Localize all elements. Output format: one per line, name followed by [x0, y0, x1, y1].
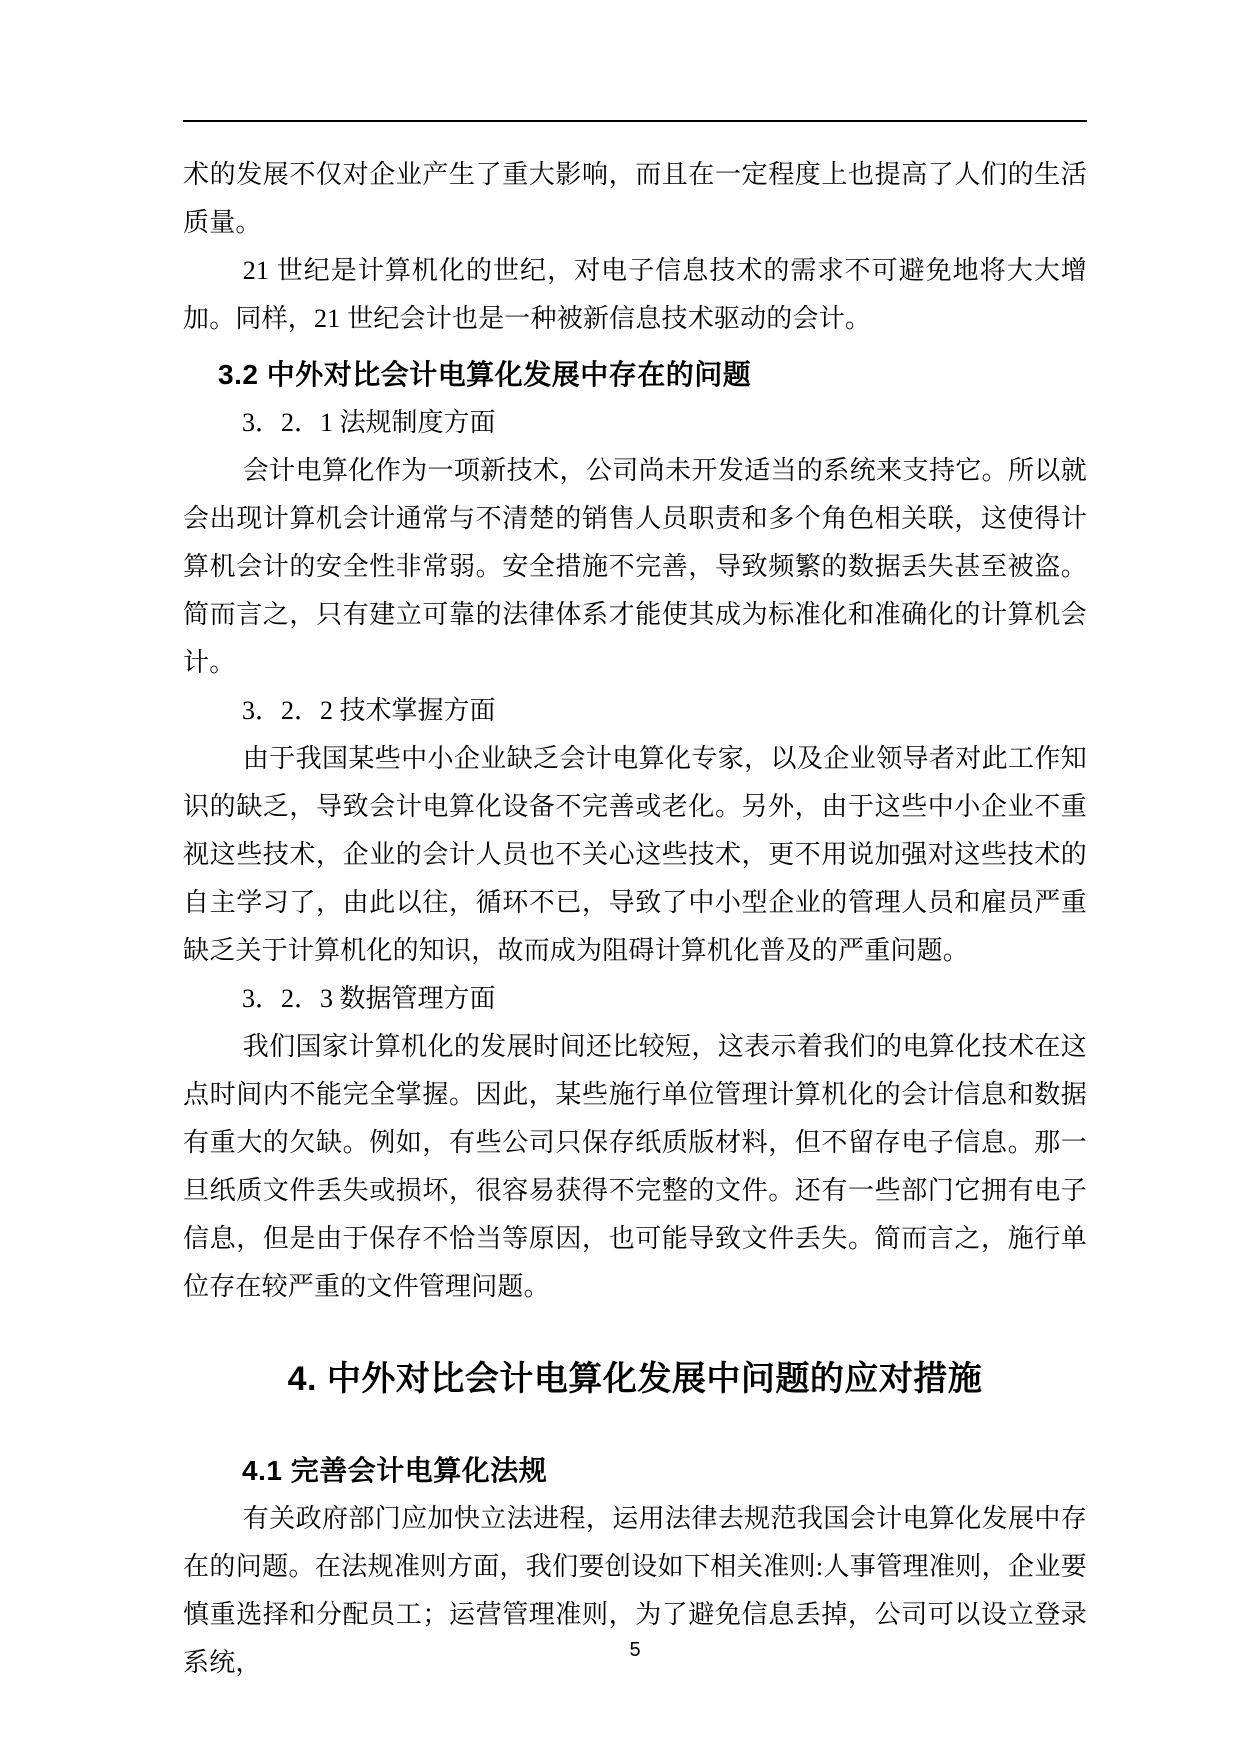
- paragraph-technology: 由于我国某些中小企业缺乏会计电算化专家，以及企业领导者对此工作知识的缺乏，导致会…: [183, 735, 1087, 975]
- header-divider: [183, 120, 1087, 122]
- paragraph-century: 21 世纪是计算机化的世纪，对电子信息技术的需求不可避免地将大大增加。同样，21…: [183, 247, 1087, 343]
- subsection-heading-3-2-3: 3．2．3 数据管理方面: [183, 975, 1087, 1023]
- subsection-heading-3-2-2: 3．2．2 技术掌握方面: [183, 687, 1087, 735]
- text-column: 术的发展不仅对企业产生了重大影响，而且在一定程度上也提高了人们的生活质量。 21…: [183, 151, 1087, 1687]
- paragraph-regulation: 会计电算化作为一项新技术，公司尚未开发适当的系统来支持它。所以就会出现计算机会计…: [183, 447, 1087, 687]
- paragraph-data-management: 我们国家计算机化的发展时间还比较短，这表示着我们的电算化技术在这点时间内不能完全…: [183, 1023, 1087, 1311]
- section-heading-3-2: 3.2 中外对比会计电算化发展中存在的问题: [183, 351, 1087, 399]
- document-page: 术的发展不仅对企业产生了重大影响，而且在一定程度上也提高了人们的生活质量。 21…: [0, 0, 1240, 1754]
- page-number: 5: [183, 1638, 1087, 1662]
- chapter-heading-4: 4. 中外对比会计电算化发展中问题的应对措施: [183, 1355, 1087, 1403]
- section-heading-4-1: 4.1 完善会计电算化法规: [183, 1447, 1087, 1495]
- paragraph-continuation: 术的发展不仅对企业产生了重大影响，而且在一定程度上也提高了人们的生活质量。: [183, 151, 1087, 247]
- subsection-heading-3-2-1: 3．2．1 法规制度方面: [183, 399, 1087, 447]
